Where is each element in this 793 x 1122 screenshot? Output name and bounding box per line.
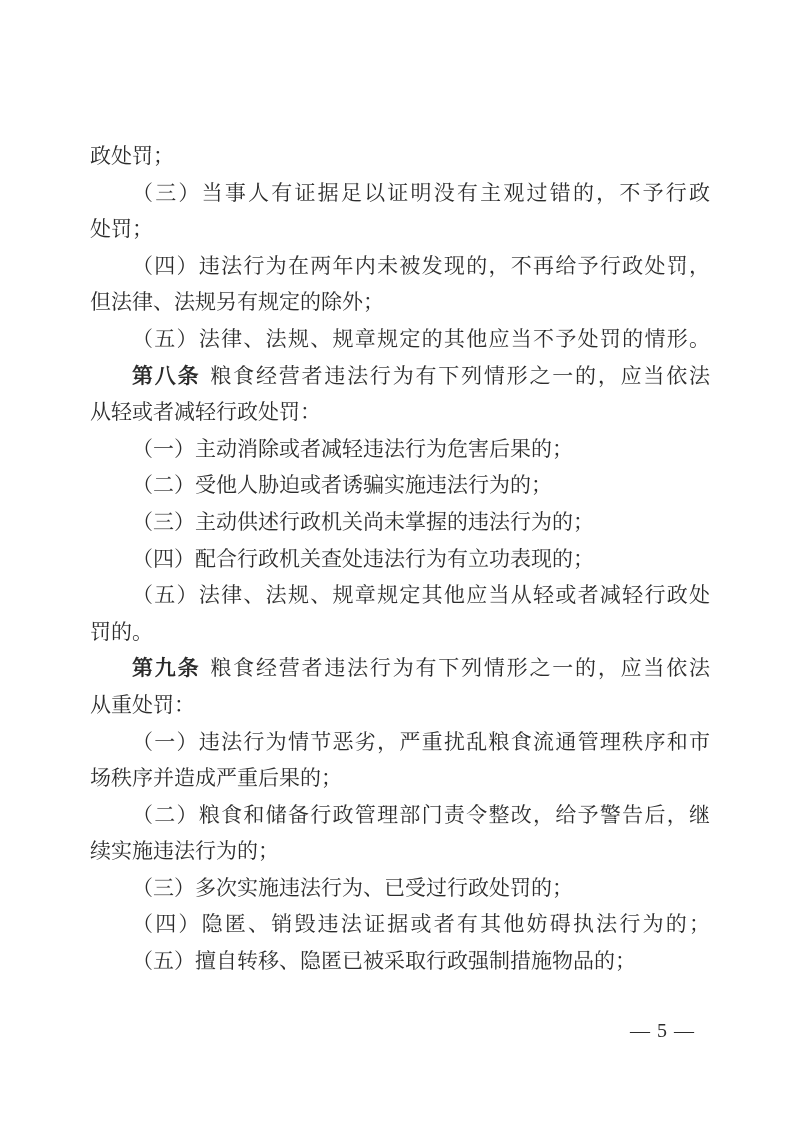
line-text: （四）隐匿、销毁违法证据或者有其他妨碍执法行为的； bbox=[132, 912, 710, 936]
line-text: （五）擅自转移、隐匿已被采取行政强制措施物品的； bbox=[132, 949, 636, 973]
article-number: 第八条 bbox=[132, 365, 200, 388]
document-page: 政处罚； （三）当事人有证据足以证明没有主观过错的，不予行政 处罚； （四）违法… bbox=[0, 0, 793, 1122]
text-line: （五）法律、法规、规章规定的其他应当不予处罚的情形。 bbox=[90, 321, 710, 358]
text-line: 罚的。 bbox=[90, 614, 710, 651]
line-text: （一）主动消除或者减轻违法行为危害后果的； bbox=[132, 437, 573, 461]
line-text: （五）法律、法规、规章规定其他应当从轻或者减轻行政处 bbox=[132, 583, 710, 607]
line-text: （二）粮食和储备行政管理部门责令整改，给予警告后，继 bbox=[132, 803, 710, 827]
text-line: 第八条粮食经营者违法行为有下列情形之一的，应当依法 bbox=[90, 358, 710, 395]
line-text: （三）当事人有证据足以证明没有主观过错的，不予行政 bbox=[132, 181, 710, 205]
line-text: 从重处罚： bbox=[90, 693, 195, 717]
text-line: （四）隐匿、销毁违法证据或者有其他妨碍执法行为的； bbox=[90, 906, 710, 943]
text-line: 从轻或者减轻行政处罚： bbox=[90, 394, 710, 431]
line-text: 处罚； bbox=[90, 217, 153, 241]
line-text: 续实施违法行为的； bbox=[90, 839, 279, 863]
document-body: 政处罚； （三）当事人有证据足以证明没有主观过错的，不予行政 处罚； （四）违法… bbox=[90, 138, 710, 980]
text-line: （四）配合行政机关查处违法行为有立功表现的； bbox=[90, 541, 710, 578]
text-line: 续实施违法行为的； bbox=[90, 833, 710, 870]
line-text: （三）多次实施违法行为、已受过行政处罚的； bbox=[132, 876, 573, 900]
text-line: 但法律、法规另有规定的除外； bbox=[90, 284, 710, 321]
line-text: （四）配合行政机关查处违法行为有立功表现的； bbox=[132, 547, 594, 571]
line-text: 场秩序并造成严重后果的； bbox=[90, 766, 342, 790]
text-line: （五）法律、法规、规章规定其他应当从轻或者减轻行政处 bbox=[90, 577, 710, 614]
line-text: 粮食经营者违法行为有下列情形之一的，应当依法 bbox=[210, 656, 710, 680]
page-footer: — 5 — bbox=[630, 1020, 695, 1043]
text-line: （二）受他人胁迫或者诱骗实施违法行为的； bbox=[90, 467, 710, 504]
text-line: 场秩序并造成严重后果的； bbox=[90, 760, 710, 797]
article-number: 第九条 bbox=[132, 657, 200, 680]
line-text: 粮食经营者违法行为有下列情形之一的，应当依法 bbox=[210, 364, 710, 388]
text-line: （三）当事人有证据足以证明没有主观过错的，不予行政 bbox=[90, 175, 710, 212]
text-line: （一）违法行为情节恶劣，严重扰乱粮食流通管理秩序和市 bbox=[90, 724, 710, 761]
line-text: 政处罚； bbox=[90, 144, 174, 168]
text-line: （二）粮食和储备行政管理部门责令整改，给予警告后，继 bbox=[90, 797, 710, 834]
text-line: 从重处罚： bbox=[90, 687, 710, 724]
line-text: （二）受他人胁迫或者诱骗实施违法行为的； bbox=[132, 473, 552, 497]
text-line: （三）多次实施违法行为、已受过行政处罚的； bbox=[90, 870, 710, 907]
text-line: 处罚； bbox=[90, 211, 710, 248]
line-text: （五）法律、法规、规章规定的其他应当不予处罚的情形。 bbox=[132, 327, 710, 351]
line-text: （四）违法行为在两年内未被发现的，不再给予行政处罚， bbox=[132, 254, 710, 278]
line-text: 从轻或者减轻行政处罚： bbox=[90, 400, 321, 424]
line-text: （一）违法行为情节恶劣，严重扰乱粮食流通管理秩序和市 bbox=[132, 730, 710, 754]
text-line: （三）主动供述行政机关尚未掌握的违法行为的； bbox=[90, 504, 710, 541]
text-line: （四）违法行为在两年内未被发现的，不再给予行政处罚， bbox=[90, 248, 710, 285]
line-text: （三）主动供述行政机关尚未掌握的违法行为的； bbox=[132, 510, 594, 534]
line-text: 但法律、法规另有规定的除外； bbox=[90, 290, 384, 314]
line-text: 罚的。 bbox=[90, 620, 153, 644]
text-line: （一）主动消除或者减轻违法行为危害后果的； bbox=[90, 431, 710, 468]
page-number: — 5 — bbox=[630, 1020, 695, 1042]
text-line: 第九条粮食经营者违法行为有下列情形之一的，应当依法 bbox=[90, 650, 710, 687]
text-line: 政处罚； bbox=[90, 138, 710, 175]
text-line: （五）擅自转移、隐匿已被采取行政强制措施物品的； bbox=[90, 943, 710, 980]
